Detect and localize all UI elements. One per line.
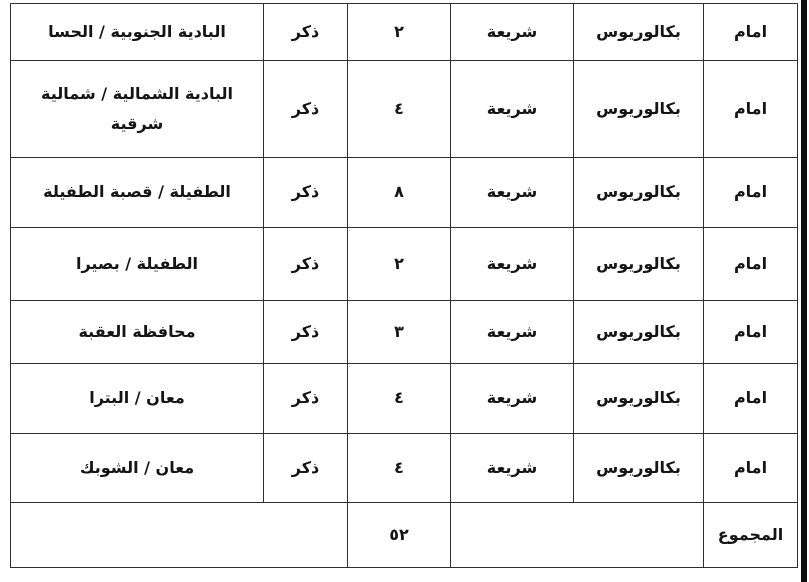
cell-location: البادية الجنوبية / الحسا bbox=[11, 4, 264, 61]
cell-major: شريعة bbox=[451, 364, 574, 434]
cell-degree: بكالوريوس bbox=[574, 434, 704, 503]
cell-degree: بكالوريوس bbox=[574, 158, 704, 228]
document-page: امام بكالوريوس شريعة ٢ ذكر البادية الجنو… bbox=[0, 0, 809, 582]
cell-degree: بكالوريوس bbox=[574, 4, 704, 61]
cell-count: ٢ bbox=[348, 4, 451, 61]
cell-gender: ذكر bbox=[264, 301, 348, 364]
cell-count: ٤ bbox=[348, 434, 451, 503]
table-row: امام بكالوريوس شريعة ٢ ذكر الطفيلة / بصي… bbox=[11, 228, 798, 301]
cell-gender: ذكر bbox=[264, 158, 348, 228]
cell-major: شريعة bbox=[451, 158, 574, 228]
cell-major: شريعة bbox=[451, 434, 574, 503]
cell-degree: بكالوريوس bbox=[574, 301, 704, 364]
cell-location: الطفيلة / بصيرا bbox=[11, 228, 264, 301]
cell-gender: ذكر bbox=[264, 4, 348, 61]
cell-gender: ذكر bbox=[264, 434, 348, 503]
cell-total-empty-gender-location bbox=[11, 503, 348, 568]
cell-position: امام bbox=[704, 4, 798, 61]
cell-position: امام bbox=[704, 364, 798, 434]
cell-degree: بكالوريوس bbox=[574, 364, 704, 434]
page-edge-bar bbox=[801, 0, 807, 582]
table-row: امام بكالوريوس شريعة ٤ ذكر البادية الشما… bbox=[11, 61, 798, 158]
cell-total-label: المجموع bbox=[704, 503, 798, 568]
cell-gender: ذكر bbox=[264, 364, 348, 434]
table-row: امام بكالوريوس شريعة ٤ ذكر معان / البترا bbox=[11, 364, 798, 434]
cell-gender: ذكر bbox=[264, 61, 348, 158]
cell-gender: ذكر bbox=[264, 228, 348, 301]
cell-degree: بكالوريوس bbox=[574, 228, 704, 301]
cell-count: ٤ bbox=[348, 61, 451, 158]
cell-count: ٣ bbox=[348, 301, 451, 364]
cell-position: امام bbox=[704, 434, 798, 503]
cell-major: شريعة bbox=[451, 301, 574, 364]
cell-count: ٨ bbox=[348, 158, 451, 228]
cell-location: معان / الشوبك bbox=[11, 434, 264, 503]
cell-position: امام bbox=[704, 158, 798, 228]
cell-location: معان / البترا bbox=[11, 364, 264, 434]
positions-table: امام بكالوريوس شريعة ٢ ذكر البادية الجنو… bbox=[10, 3, 798, 568]
cell-degree: بكالوريوس bbox=[574, 61, 704, 158]
total-row: المجموع ٥٢ bbox=[11, 503, 798, 568]
cell-major: شريعة bbox=[451, 228, 574, 301]
table-row: امام بكالوريوس شريعة ٤ ذكر معان / الشوبك bbox=[11, 434, 798, 503]
cell-position: امام bbox=[704, 61, 798, 158]
cell-count: ٤ bbox=[348, 364, 451, 434]
cell-position: امام bbox=[704, 228, 798, 301]
cell-major: شريعة bbox=[451, 4, 574, 61]
cell-location: البادية الشمالية / شمالية شرقية bbox=[11, 61, 264, 158]
cell-total-empty-degree-major bbox=[451, 503, 704, 568]
cell-count: ٢ bbox=[348, 228, 451, 301]
cell-location: الطفيلة / قصبة الطفيلة bbox=[11, 158, 264, 228]
cell-location: محافظة العقبة bbox=[11, 301, 264, 364]
cell-major: شريعة bbox=[451, 61, 574, 158]
cell-position: امام bbox=[704, 301, 798, 364]
table-row: امام بكالوريوس شريعة ٨ ذكر الطفيلة / قصب… bbox=[11, 158, 798, 228]
table-row: امام بكالوريوس شريعة ٣ ذكر محافظة العقبة bbox=[11, 301, 798, 364]
table-row: امام بكالوريوس شريعة ٢ ذكر البادية الجنو… bbox=[11, 4, 798, 61]
cell-total-count: ٥٢ bbox=[348, 503, 451, 568]
